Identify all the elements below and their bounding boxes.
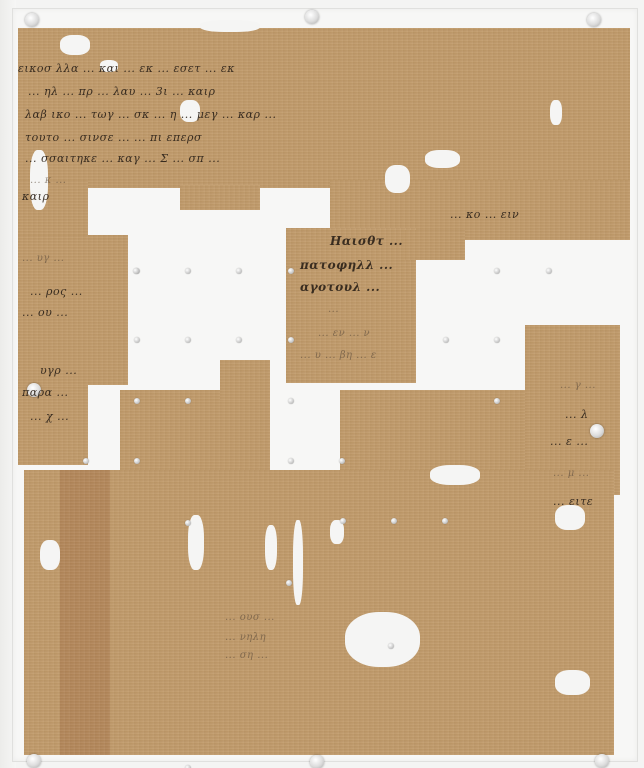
mount-pin [134,398,140,404]
papyrus-mid-left [120,390,270,480]
ink-line: ... χ ... [30,410,69,423]
lacuna [550,100,562,125]
ink-line: υγρ ... [40,364,77,377]
mount-pin [286,580,292,586]
lacuna [555,505,585,530]
lacuna [555,670,590,695]
mount-rivet [27,754,41,768]
mount-pin [288,458,294,464]
lacuna [265,525,277,570]
mount-pin [288,268,294,274]
mount-rivet [25,13,39,27]
mount-pin [494,337,500,343]
ink-line: ... [328,304,339,315]
mount-pin [388,643,394,649]
lacuna [60,35,90,55]
ink-line: ... εν ... ν [318,328,370,339]
ink-line: ... ου ... [22,306,68,319]
mount-pin [185,268,191,274]
mount-pin [443,337,449,343]
ink-line: καιρ [22,190,49,203]
ink-line: ... μ ... [553,468,589,479]
mount-pin [288,337,294,343]
mount-pin [134,337,140,343]
papyrus-bottom-dark-strip [60,470,110,755]
ink-line: ... ηλ ... πρ ... λαυ ... 3ι ... καιρ [28,85,216,98]
lacuna [293,520,303,605]
lacuna [345,612,420,667]
ink-line: ... ουσ ... [225,612,275,623]
ink-line: ... κο ... ειν [450,208,519,221]
mount-pin [494,398,500,404]
ink-line: εικοσ λλα ... και ... εκ ... εσετ ... εκ [18,62,235,75]
mount-pin [185,398,191,404]
lacuna [385,165,410,193]
mount-pin [391,518,397,524]
ink-line: ... σσαιτηκε ... καγ ... Σ ... σπ ... [25,152,220,165]
ink-line: ... κ ... [30,175,67,186]
papyrus-center-top-right [405,230,465,260]
mount-pin [494,268,500,274]
mount-pin [185,520,191,526]
mount-pin [236,337,242,343]
ink-line: ... ση ... [225,650,268,661]
ink-line: παρα ... [22,386,69,399]
mount-pin [340,518,346,524]
papyrus-bottom-sheet [24,470,614,755]
ink-line: ... ρος ... [30,285,83,298]
ink-line: ... υ ... βη ... ε [300,350,377,361]
mount-pin [288,398,294,404]
mount-pin [133,268,139,274]
ink-line: ... υγ ... [22,253,65,264]
mount-pin [185,337,191,343]
mount-rivet [587,13,601,27]
papyrus-top-center-tab [180,185,260,210]
ink-line: ... νηλη [225,632,266,643]
mount-pin [442,518,448,524]
lacuna [40,540,60,570]
ink-line: αγοτουλ ... [300,280,380,294]
lacuna [430,465,480,485]
mount-rivet [305,10,319,24]
ink-line: τουτο ... σινσε ... ... πι επερσ [25,131,202,144]
papyrus-mid-left-peak [220,360,270,400]
ink-line: Ηαισθτ ... [330,234,403,248]
mount-rivet [595,754,609,768]
mount-rivet [310,755,324,768]
papyrus-top-left-strip [18,180,88,240]
mount-pin [546,268,552,274]
mount-pin [236,268,242,274]
ink-line: λαβ ικο ... τωγ ... σκ ... η ... μεγ ...… [25,108,276,121]
mount-rivet [590,424,604,438]
lacuna [200,20,260,32]
ink-line: ... λ [565,408,588,421]
mount-pin [134,458,140,464]
ink-line: ... ειτε [553,495,593,508]
mount-pin [83,458,89,464]
ink-line: ... ε ... [550,435,588,448]
lacuna [425,150,460,168]
ink-line: πατοφηλλ ... [300,258,393,272]
mount-pin [339,458,345,464]
ink-line: ... γ ... [560,380,596,391]
